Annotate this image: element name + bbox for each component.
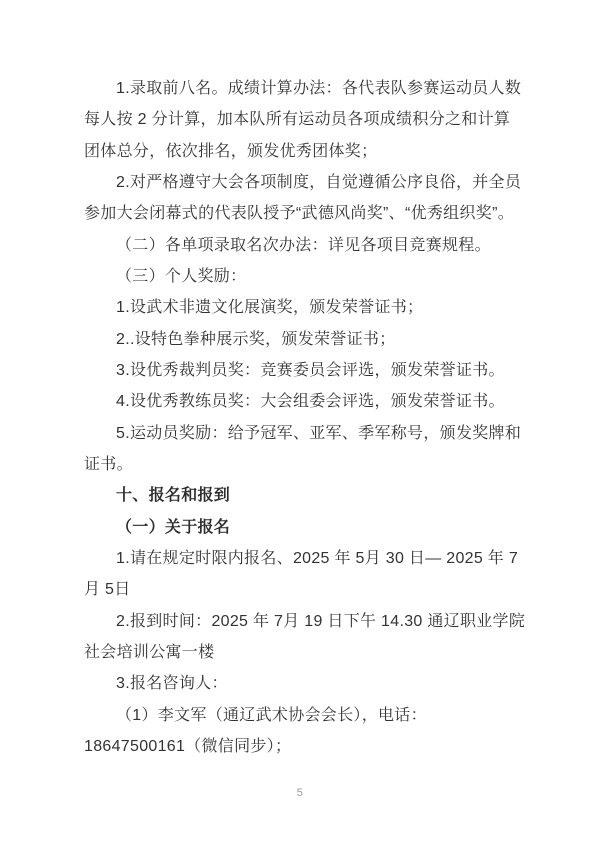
document-text-line: 1.设武术非遗文化展演奖，颁发荣誉证书；: [84, 292, 542, 323]
document-text-line: 18647500161（微信同步）；: [84, 731, 542, 762]
document-text-line: 团体总分，依次排名，颁发优秀团体奖；: [84, 136, 542, 167]
document-text-line: 2.报到时间：2025 年 7月 19 日下午 14.30 通辽职业学院: [84, 606, 542, 637]
document-text-line: （三）个人奖励：: [84, 261, 542, 292]
document-text-line: 3.设优秀裁判员奖：竞赛委员会评选，颁发荣誉证书。: [84, 355, 542, 386]
document-text-line: 1.请在规定时限内报名、2025 年 5月 30 日— 2025 年 7: [84, 543, 542, 574]
document-heading-line: 十、报名和报到: [84, 480, 542, 511]
document-text-line: 社会培训公寓一楼: [84, 637, 542, 668]
document-heading-line: （一）关于报名: [84, 512, 542, 543]
document-text-line: 3.报名咨询人：: [84, 668, 542, 699]
document-text-line: 1.录取前八名。成绩计算办法：各代表队参赛运动员人数: [84, 73, 542, 104]
document-page: 1.录取前八名。成绩计算办法：各代表队参赛运动员人数每人按 2 分计算，加本队所…: [0, 0, 600, 849]
document-text-line: 每人按 2 分计算，加本队所有运动员各项成绩积分之和计算: [84, 104, 542, 135]
document-text-line: 5.运动员奖励：给予冠军、亚军、季军称号，颁发奖牌和: [84, 418, 542, 449]
document-text-line: 4.设优秀教练员奖：大会组委会评选，颁发荣誉证书。: [84, 386, 542, 417]
document-text-line: 2..设特色拳种展示奖，颁发荣誉证书；: [84, 324, 542, 355]
document-text-line: （1）李文军（通辽武术协会会长），电话：: [84, 700, 542, 731]
page-number: 5: [297, 787, 304, 799]
document-text-line: 参加大会闭幕式的代表队授予“武德风尚奖”、“优秀组织奖”。: [84, 198, 542, 229]
document-text-line: （二）各单项录取名次办法：详见各项目竞赛规程。: [84, 230, 542, 261]
document-text-line: 证书。: [84, 449, 542, 480]
document-text-line: 月 5日: [84, 574, 542, 605]
document-text-line: 2.对严格遵守大会各项制度，自觉遵循公序良俗，并全员: [84, 167, 542, 198]
document-body: 1.录取前八名。成绩计算办法：各代表队参赛运动员人数每人按 2 分计算，加本队所…: [84, 73, 542, 762]
page-footer: 5: [0, 783, 600, 801]
